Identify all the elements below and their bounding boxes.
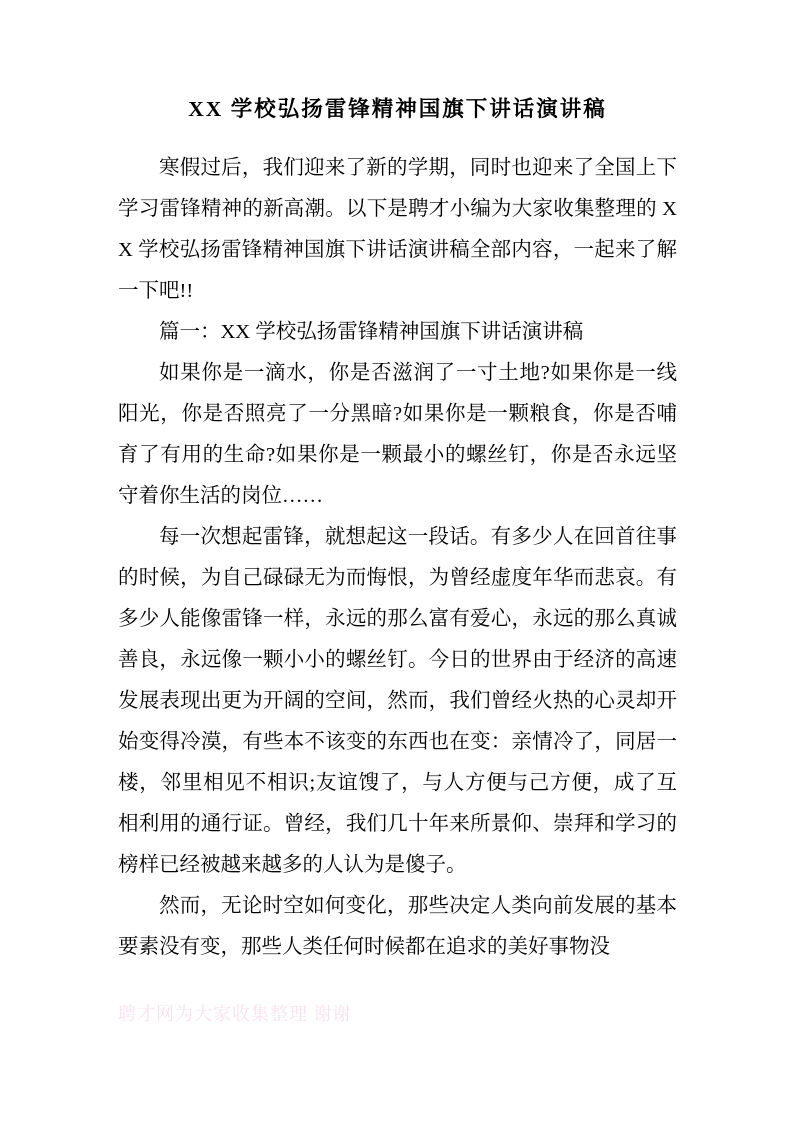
paragraph-quote: 如果你是一滴水，你是否滋润了一寸土地?如果你是一线阳光，你是否照亮了一分黑暗?如… — [118, 353, 677, 517]
paragraph-intro: 寒假过后，我们迎来了新的学期，同时也迎来了全国上下学习雷锋精神的新高潮。以下是聘… — [118, 148, 677, 312]
document-title: XX 学校弘扬雷锋精神国旗下讲话演讲稿 — [118, 90, 677, 128]
paragraph-section-heading: 篇一：XX 学校弘扬雷锋精神国旗下讲话演讲稿 — [118, 312, 677, 353]
paragraph-body: 每一次想起雷锋，就想起这一段话。有多少人在回首往事的时候，为自己碌碌无为而悔恨，… — [118, 517, 677, 886]
document-page: XX 学校弘扬雷锋精神国旗下讲话演讲稿 寒假过后，我们迎来了新的学期，同时也迎来… — [0, 0, 793, 1122]
watermark-text: 聘才网为大家收集整理 谢谢 — [118, 1001, 352, 1027]
paragraph-body-cutoff: 然而，无论时空如何变化，那些决定人类向前发展的基本要素没有变，那些人类任何时候都… — [118, 886, 677, 968]
